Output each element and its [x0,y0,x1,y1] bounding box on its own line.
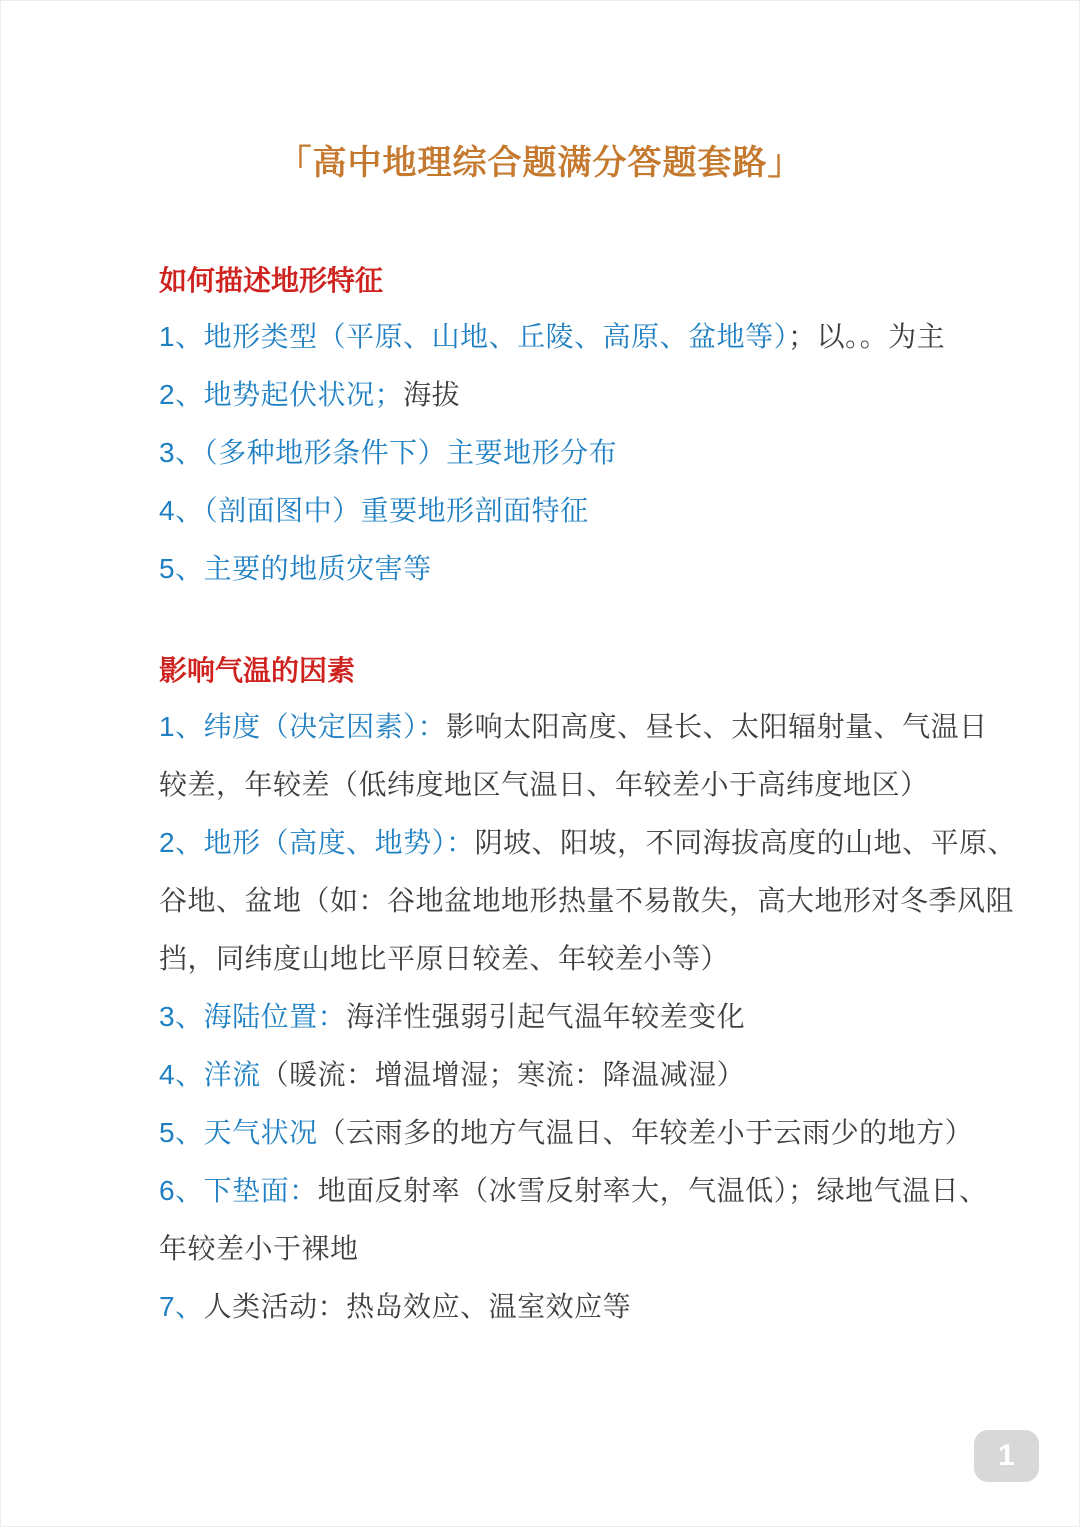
list-item: 1、地形类型（平原、山地、丘陵、高原、盆地等）；以。。为主 [159,308,969,366]
text-line: 2、地势起伏状况；海拔 [159,366,969,424]
text-segment: 海洋性强弱引起气温年较差变化 [346,1001,745,1032]
text-segment: 人类活动：热岛效应、温室效应等 [204,1291,632,1322]
list-item: 1、纬度（决定因素）：影响太阳高度、昼长、太阳辐射量、气温日较差，年较差（低纬度… [159,698,969,814]
text-segment: 4、（剖面图中）重要地形剖面特征 [159,495,589,526]
list-item: 3、（多种地形条件下）主要地形分布 [159,424,969,482]
text-segment: 5、主要的地质灾害等 [159,553,432,584]
text-line: 6、下垫面：地面反射率（冰雪反射率大，气温低）；绿地气温日、 [159,1162,969,1220]
text-line: 1、地形类型（平原、山地、丘陵、高原、盆地等）；以。。为主 [159,308,969,366]
text-segment: （暖流：增温增湿；寒流：降温减湿） [261,1059,746,1090]
document-content: 如何描述地形特征1、地形类型（平原、山地、丘陵、高原、盆地等）；以。。为主2、地… [159,262,969,1336]
text-line: 5、主要的地质灾害等 [159,540,969,598]
text-line: 4、洋流（暖流：增温增湿；寒流：降温减湿） [159,1046,969,1104]
list-item: 2、地势起伏状况；海拔 [159,366,969,424]
text-segment: 5、天气状况 [159,1117,318,1148]
text-segment: 较差，年较差（低纬度地区气温日、年较差小于高纬度地区） [159,769,929,800]
text-segment: 阴坡、阳坡，不同海拔高度的山地、平原、 [475,827,1017,858]
text-segment: 6、下垫面： [159,1175,318,1206]
text-segment: 7、 [159,1291,204,1322]
text-segment: 4、洋流 [159,1059,261,1090]
list-item: 7、人类活动：热岛效应、温室效应等 [159,1278,969,1336]
list-item: 5、主要的地质灾害等 [159,540,969,598]
text-segment: 3、（多种地形条件下）主要地形分布 [159,437,617,468]
text-line: 3、（多种地形条件下）主要地形分布 [159,424,969,482]
text-line: 2、地形（高度、地势）：阴坡、阳坡，不同海拔高度的山地、平原、 [159,814,969,872]
text-line: 挡，同纬度山地比平原日较差、年较差小等） [159,930,969,988]
text-segment: 3、海陆位置： [159,1001,346,1032]
text-segment: 2、地势起伏状况； [159,379,403,410]
text-line: 较差，年较差（低纬度地区气温日、年较差小于高纬度地区） [159,756,969,814]
text-segment: 谷地、盆地（如：谷地盆地地形热量不易散失，高大地形对冬季风阻 [159,885,1014,916]
text-segment: 年较差小于裸地 [159,1233,359,1264]
list-item: 3、海陆位置：海洋性强弱引起气温年较差变化 [159,988,969,1046]
text-line: 1、纬度（决定因素）：影响太阳高度、昼长、太阳辐射量、气温日 [159,698,969,756]
text-segment: 2、地形（高度、地势）： [159,827,475,858]
text-segment: （云雨多的地方气温日、年较差小于云雨少的地方） [318,1117,974,1148]
text-line: 3、海陆位置：海洋性强弱引起气温年较差变化 [159,988,969,1046]
list-item: 2、地形（高度、地势）：阴坡、阳坡，不同海拔高度的山地、平原、谷地、盆地（如：谷… [159,814,969,988]
page-title: 「高中地理综合题满分答题套路」 [1,1,1079,186]
text-segment: 挡，同纬度山地比平原日较差、年较差小等） [159,943,729,974]
list-item: 6、下垫面：地面反射率（冰雪反射率大，气温低）；绿地气温日、年较差小于裸地 [159,1162,969,1278]
section-heading: 影响气温的因素 [159,652,969,690]
section: 如何描述地形特征1、地形类型（平原、山地、丘陵、高原、盆地等）；以。。为主2、地… [159,262,969,598]
list-item: 5、天气状况（云雨多的地方气温日、年较差小于云雨少的地方） [159,1104,969,1162]
text-line: 谷地、盆地（如：谷地盆地地形热量不易散失，高大地形对冬季风阻 [159,872,969,930]
text-line: 4、（剖面图中）重要地形剖面特征 [159,482,969,540]
text-line: 5、天气状况（云雨多的地方气温日、年较差小于云雨少的地方） [159,1104,969,1162]
text-segment: 1、纬度（决定因素）： [159,711,446,742]
section: 影响气温的因素1、纬度（决定因素）：影响太阳高度、昼长、太阳辐射量、气温日较差，… [159,652,969,1336]
text-segment: 影响太阳高度、昼长、太阳辐射量、气温日 [446,711,988,742]
text-line: 年较差小于裸地 [159,1220,969,1278]
list-item: 4、洋流（暖流：增温增湿；寒流：降温减湿） [159,1046,969,1104]
text-segment: 海拔 [403,379,460,410]
document-page: 「高中地理综合题满分答题套路」 如何描述地形特征1、地形类型（平原、山地、丘陵、… [0,0,1080,1527]
text-segment: 地面反射率（冰雪反射率大，气温低）；绿地气温日、 [318,1175,988,1206]
page-number-badge: 1 [974,1430,1039,1482]
section-heading: 如何描述地形特征 [159,262,969,300]
text-segment: 1、地形类型（平原、山地、丘陵、高原、盆地等） [159,321,788,352]
text-line: 7、人类活动：热岛效应、温室效应等 [159,1278,969,1336]
text-segment: ；以。。为主 [788,321,945,352]
list-item: 4、（剖面图中）重要地形剖面特征 [159,482,969,540]
